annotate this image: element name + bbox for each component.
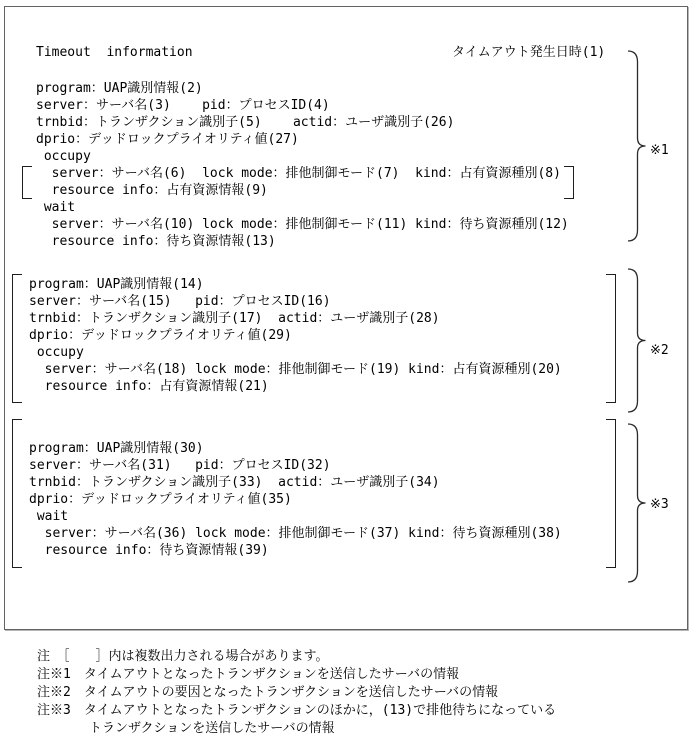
output-line: occupy	[36, 148, 569, 165]
note-line: 注※1 タイムアウトとなったトランザクションを送信したサーバの情報	[37, 666, 556, 684]
output-line: server：サーバ名(31) pid：プロセスID(32)	[29, 457, 562, 474]
output-line: resource info：待ち資源情報(39)	[29, 542, 562, 559]
timeout-datetime-label: タイムアウト発生日時(1)	[452, 44, 605, 61]
block-1: program：UAP識別情報(2) server：サーバ名(3) pid：プロ…	[36, 80, 569, 250]
output-line: resource info：待ち資源情報(13)	[36, 233, 569, 250]
note-line: 注※2 タイムアウトの要因となったトランザクションを送信したサーバの情報	[37, 684, 556, 702]
output-line: dprio：デッドロックプライオリティ値(29)	[29, 327, 562, 344]
output-line: occupy	[29, 344, 562, 361]
output-line: server：サーバ名(18) lock mode：排他制御モード(19) ki…	[29, 361, 562, 378]
block-2: program：UAP識別情報(14) server：サーバ名(15) pid：…	[29, 276, 562, 395]
note-line: 注 ［ ］内は複数出力される場合があります。	[37, 648, 556, 666]
repeat-bracket-left-3	[12, 419, 22, 568]
brace-label-2: ※2	[650, 342, 669, 359]
output-line: server：サーバ名(10) lock mode：排他制御モード(11) ki…	[36, 216, 569, 233]
output-line: program：UAP識別情報(2)	[36, 80, 569, 97]
output-line: resource info：占有資源情報(21)	[29, 378, 562, 395]
output-line: server：サーバ名(6) lock mode：排他制御モード(7) kind…	[36, 165, 569, 182]
brace-1	[626, 50, 646, 242]
block-3: program：UAP識別情報(30) server：サーバ名(31) pid：…	[29, 440, 562, 559]
output-line: wait	[29, 508, 562, 525]
output-line: server：サーバ名(36) lock mode：排他制御モード(37) ki…	[29, 525, 562, 542]
brace-label-3: ※3	[650, 496, 669, 513]
repeat-bracket-left-1	[22, 166, 32, 199]
output-line: wait	[36, 199, 569, 216]
output-line: trnbid：トランザクション識別子(5) actid：ユーザ識別子(26)	[36, 114, 569, 131]
repeat-bracket-right-3	[606, 419, 616, 568]
output-line: program：UAP識別情報(30)	[29, 440, 562, 457]
output-line: trnbid：トランザクション識別子(33) actid：ユーザ識別子(34)	[29, 474, 562, 491]
note-line: トランザクションを送信したサーバの情報	[37, 720, 556, 738]
repeat-bracket-right-1	[564, 166, 574, 199]
output-line: dprio：デッドロックプライオリティ値(27)	[36, 131, 569, 148]
brace-3	[626, 423, 646, 583]
note-line: 注※3 タイムアウトとなったトランザクションのほかに，(13)で排他待ちになって…	[37, 702, 556, 720]
repeat-bracket-right-2	[606, 274, 616, 403]
brace-label-1: ※1	[650, 142, 669, 159]
output-line: resource info：占有資源情報(9)	[36, 182, 569, 199]
output-line: program：UAP識別情報(14)	[29, 276, 562, 293]
output-line: dprio：デッドロックプライオリティ値(35)	[29, 491, 562, 508]
output-line: server：サーバ名(15) pid：プロセスID(16)	[29, 293, 562, 310]
timeout-information-figure: Timeout information タイムアウト発生日時(1) progra…	[0, 0, 693, 745]
output-line: server：サーバ名(3) pid：プロセスID(4)	[36, 97, 569, 114]
repeat-bracket-left-2	[12, 274, 22, 403]
notes: 注 ［ ］内は複数出力される場合があります。 注※1 タイムアウトとなったトラン…	[37, 648, 556, 738]
output-line: trnbid：トランザクション識別子(17) actid：ユーザ識別子(28)	[29, 310, 562, 327]
brace-2	[626, 268, 646, 413]
figure-title: Timeout information	[36, 44, 193, 61]
